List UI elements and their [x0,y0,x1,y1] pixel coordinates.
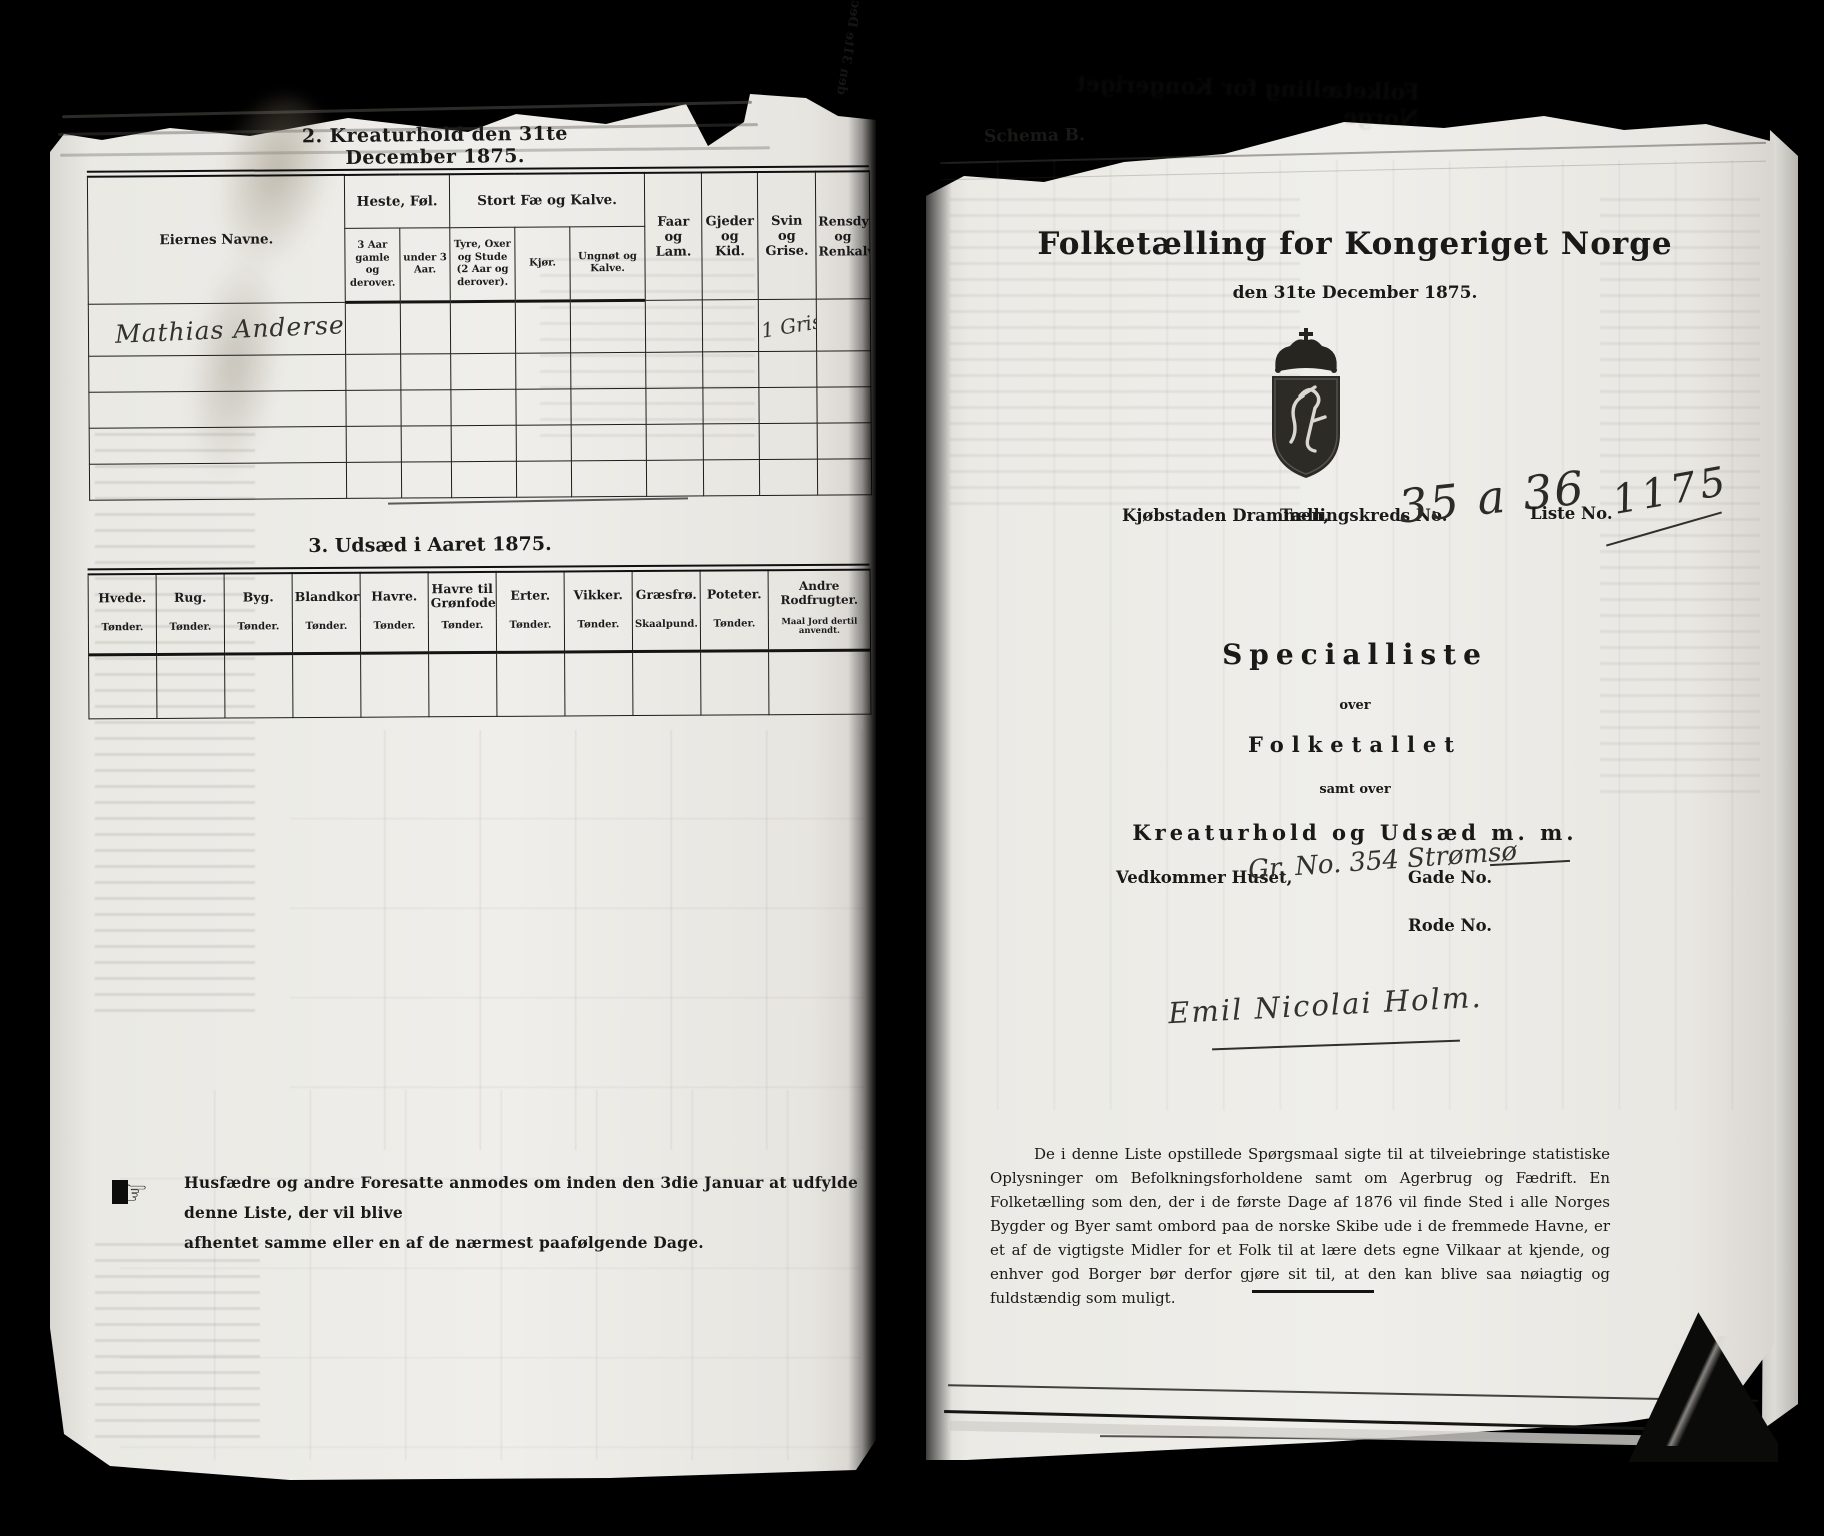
col-header-cattle-cows: Kjør. [515,227,571,301]
kreaturhold-table: Eiernes Navne. Heste, Føl. Stort Fæ og K… [87,165,871,500]
udsaed-empty-row [89,650,871,719]
col-header-cattle-calves: Ungnøt og Kalve. [570,226,646,301]
specialliste-folketallet: Folketallet [1010,732,1700,757]
udsaed-col-label: Vikker. [567,588,630,603]
note-line-2: afhentet samme eller en af de nærmest pa… [184,1233,704,1252]
col-header-horses-old: 3 Aar gamle og derover. [345,228,401,302]
udsaed-col-unit: Tønder. [227,621,290,632]
specialliste-title: Specialliste [1010,638,1700,671]
udsaed-table: Hvede. Rug. Byg. Blandkorn. Havre. Havre… [88,564,871,720]
udsaed-col-unit: Tønder. [499,619,562,630]
udsaed-col-unit: Tønder. [159,622,222,633]
table-row: Mathias Andersen 1 Gris [88,299,870,356]
table-row [89,351,871,392]
udsaed-col-label: Poteter. [703,587,766,602]
table-row [89,423,871,464]
udsaed-col-unit: Tønder. [703,618,766,629]
note-line-1: Husfædre og andre Foresatte anmodes om i… [184,1173,858,1222]
col-group-horses: Heste, Føl. [344,174,449,228]
table-row [89,387,871,428]
udsaed-col-unit: Tønder. [567,619,630,630]
udsaed-col-label: Erter. [499,588,562,603]
page-title: Folketælling for Kongeriget Norge [1010,226,1700,262]
udsaed-col-unit: Tønder. [363,620,426,631]
col-header-pigs: Svin og Grise. [757,172,816,300]
note-text: Husfædre og andre Foresatte anmodes om i… [184,1168,862,1259]
kreaturhold-title: 2. Kreaturhold den 31te December 1875. [250,122,620,170]
udsaed-col-label: Blandkorn. [295,590,358,605]
paragraph-end-rule [1252,1290,1374,1293]
col-header-sheep: Faar og Lam. [644,172,702,300]
udsaed-col-label: Rug. [159,590,222,605]
schema-label: Schema B. [984,125,1085,147]
specialliste-samt-over: samt over [1010,782,1700,797]
fold-corner-highlight [1652,1336,1748,1446]
udsaed-col-unit: Tønder. [431,620,494,631]
manicule-block [112,1180,128,1204]
coat-of-arms [1262,328,1350,480]
col-header-owner: Eiernes Navne. [87,175,345,304]
udsaed-col-label: Byg. [227,590,290,605]
norwegian-lion-emblem [1262,328,1350,480]
specialliste-kreaturhold: Kreaturhold og Udsæd m. m. [1010,820,1700,845]
info-paragraph: De i denne Liste opstillede Spørgsmaal s… [990,1142,1610,1310]
udsaed-header-row: Hvede. Rug. Byg. Blandkorn. Havre. Havre… [88,570,870,622]
udsaed-col-label: Havre. [363,589,426,604]
col-header-horses-young: under 3 Aar. [400,228,451,302]
udsaed-col-label: Græsfrø. [635,587,698,602]
street-label: Gade No. [1408,868,1492,887]
udsaed-col-unit: Tønder. [91,622,154,633]
col-group-cattle: Stort Fæ og Kalve. [449,173,644,228]
col-header-cattle-bulls: Tyre, Oxer og Stude (2 Aar og derover). [450,227,516,301]
list-label: Liste No. [1530,504,1613,523]
udsaed-col-unit: Tønder. [295,621,358,632]
table-row [89,459,871,500]
udsaed-units-row: Tønder. Tønder. Tønder. Tønder. Tønder. … [88,617,870,655]
udsaed-col-unit: Skaalpund. [635,619,698,630]
specialliste-over: over [1010,698,1700,713]
page-subtitle: den 31te December 1875. [1010,283,1700,303]
col-header-goats: Gjeder og Kid. [701,172,758,300]
udsaed-title: 3. Udsæd i Aaret 1875. [300,533,560,557]
handwritten-pigs-entry: 1 Gris [759,308,816,342]
pigs-entry-cell: 1 Gris [758,299,816,351]
udsaed-col-label: Hvede. [91,591,154,606]
udsaed-col-label: Havre til Grønfoder. [431,582,494,611]
book-spine [848,40,952,1480]
scanned-census-spread: den 31te December 1875. 2. Kreaturhold d… [0,0,1824,1536]
owner-name-cell: Mathias Andersen [88,302,345,356]
rode-label: Rode No. [1408,916,1492,935]
handwritten-owner-name: Mathias Andersen [114,310,345,349]
bleedthrough-title: Folketælling for Kongeriget Norge [1015,69,1420,132]
